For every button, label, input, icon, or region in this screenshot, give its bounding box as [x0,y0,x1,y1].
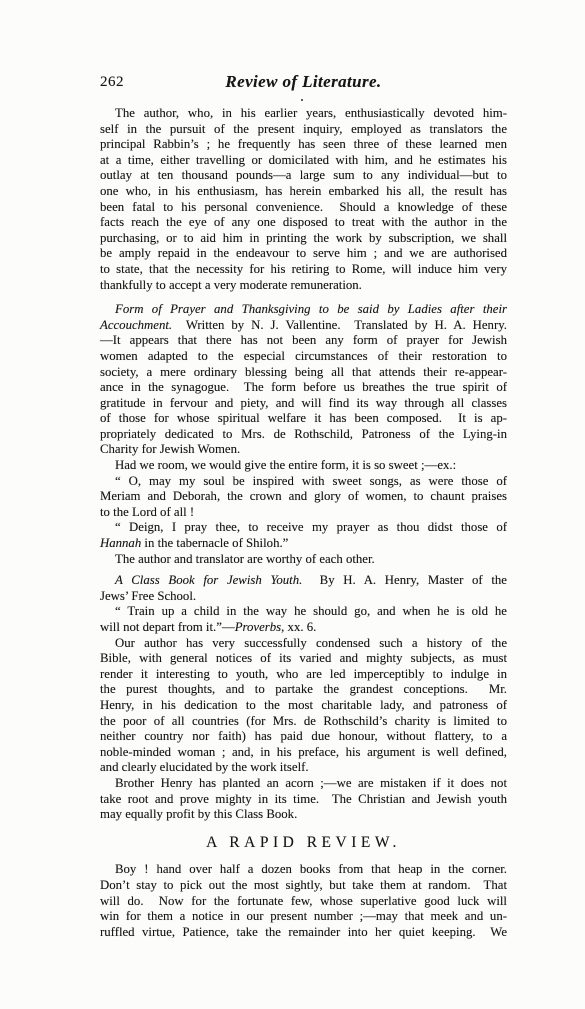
text-segment: “ Train up a child in the way he should … [115,604,507,618]
text-segment: been fatal to his personal convenience. … [100,200,507,214]
text-line: propriately dedicated to Mrs. de Rothsch… [100,427,507,443]
text-segment: ance in the synagogue. The form before u… [100,380,507,394]
text-segment: and clearly elucidated by the work itsel… [100,760,309,774]
text-line: “ O, may my soul be inspired with sweet … [100,474,507,490]
text-segment: facts reach the eye of any one disposed … [100,215,507,229]
text-line: Accouchment. Written by N. J. Vallentine… [100,318,507,334]
paragraph: Form of Prayer and Thanksgiving to be sa… [100,302,507,458]
text-segment: of those for whose spiritual welfare it … [100,411,507,425]
text-line: may equally profit by this Class Book. [100,807,507,823]
paragraph: “ O, may my soul be inspired with sweet … [100,474,507,521]
text-segment: principal Rabbin’s ; he frequently has s… [100,137,507,151]
text-segment: purchasing, or to aid him in printing th… [100,231,507,245]
text-line: A Class Book for Jewish Youth. By H. A. … [100,573,507,589]
text-line: Bible, with general notices of its varie… [100,651,507,667]
text-line: one who, in his enthusiasm, has herein e… [100,184,507,200]
text-line: ance in the synagogue. The form before u… [100,380,507,396]
text-line: Charity for Jewish Women. [100,442,507,458]
text-line: society, a mere ordinary blessing being … [100,365,507,381]
text-segment: neither country nor faith) has paid due … [100,729,507,743]
text-line: Had we room, we would give the entire fo… [100,458,507,474]
text-line: —It appears that there has not been any … [100,333,507,349]
text-segment: be amply repaid in the endeavour to serv… [100,246,507,260]
text-line: of those for whose spiritual welfare it … [100,411,507,427]
text-segment: propriately dedicated to Mrs. de Rothsch… [100,427,507,441]
text-segment: in the tabernacle of Shiloh.” [141,536,288,550]
text-line: noble-minded woman ; and, in his preface… [100,745,507,761]
text-segment: By H. A. Henry, Master of the [302,573,507,587]
text-line: outlay at ten thousand pounds—a large su… [100,168,507,184]
text-segment: win for them a notice in our present num… [100,909,507,923]
text-line: Our author has very successfully condens… [100,636,507,652]
text-segment: Meriam and Deborah, the crown and glory … [100,489,507,503]
text-segment: Bible, with general notices of its varie… [100,651,507,665]
text-segment: —It appears that there has not been any … [100,333,507,347]
paragraph: The author, who, in his earlier years, e… [100,106,507,293]
text-segment: to state, that the necessity for his ret… [100,262,507,276]
text-line: self in the pursuit of the present inqui… [100,122,507,138]
scan-speck [301,99,303,101]
text-line: been fatal to his personal convenience. … [100,200,507,216]
text-line: Henry, in his dedication to the most cha… [100,698,507,714]
text-line: ruffled virtue, Patience, take the remai… [100,925,507,941]
text-segment: may equally profit by this Class Book. [100,807,297,821]
content: The author, who, in his earlier years, e… [100,106,507,940]
text-line: purchasing, or to aid him in printing th… [100,231,507,247]
text-segment: Brother Henry has planted an acorn ;—we … [115,776,507,790]
text-line: to the Lord of all ! [100,505,507,521]
scanned-page: 262 Review of Literature. The author, wh… [0,0,585,1009]
text-segment: at a time, either travelling or domicila… [100,153,507,167]
text-line: Boy ! hand over half a dozen books from … [100,862,507,878]
italic-text-segment: Accouchment. [100,318,172,332]
text-line: and clearly elucidated by the work itsel… [100,760,507,776]
italic-text-segment: A Class Book for Jewish Youth. [115,573,302,587]
text-line: will not depart from it.”—Proverbs, xx. … [100,620,507,636]
paragraph: Brother Henry has planted an acorn ;—we … [100,776,507,823]
text-line: will do. Now for the fortunate few, whos… [100,894,507,910]
text-segment: Written by N. J. Vallentine. Translated … [172,318,507,332]
paragraph: Had we room, we would give the entire fo… [100,458,507,474]
text-segment: The author and translator are worthy of … [115,552,375,566]
text-line: Hannah in the tabernacle of Shiloh.” [100,536,507,552]
italic-text-segment: Hannah [100,536,141,550]
text-segment: the purest thoughts, and to partake the … [100,682,507,696]
text-line: “ Train up a child in the way he should … [100,604,507,620]
text-line: facts reach the eye of any one disposed … [100,215,507,231]
running-title: Review of Literature. [100,72,507,92]
text-segment: The author, who, in his earlier years, e… [115,106,507,120]
text-segment: , xx. 6. [281,620,316,634]
text-segment: the poor of all countries (for Mrs. de R… [100,714,507,728]
text-segment: take root and prove mighty in its time. … [100,792,507,806]
paragraph: Boy ! hand over half a dozen books from … [100,862,507,940]
text-segment: Jews’ Free School. [100,589,196,603]
text-line: at a time, either travelling or domicila… [100,153,507,169]
text-line: Don’t stay to pick out the most sightly,… [100,878,507,894]
text-line: gratitude in fervour and piety, and will… [100,396,507,412]
page-header: 262 Review of Literature. [100,72,507,96]
text-line: the purest thoughts, and to partake the … [100,682,507,698]
text-segment: gratitude in fervour and piety, and will… [100,396,507,410]
text-segment: society, a mere ordinary blessing being … [100,365,507,379]
text-line: thankfully to accept a very moderate rem… [100,278,507,294]
text-segment: “ Deign, I pray thee, to receive my pray… [115,520,507,534]
paragraph: “ Deign, I pray thee, to receive my pray… [100,520,507,551]
text-segment: self in the pursuit of the present inqui… [100,122,507,136]
text-segment: “ O, may my soul be inspired with sweet … [115,474,507,488]
text-line: take root and prove mighty in its time. … [100,792,507,808]
paragraph: Our author has very successfully condens… [100,636,507,776]
italic-text-segment: Proverbs [235,620,281,634]
text-line: be amply repaid in the endeavour to serv… [100,246,507,262]
text-segment: Had we room, we would give the entire fo… [115,458,456,472]
paragraph: The author and translator are worthy of … [100,552,507,568]
text-line: the poor of all countries (for Mrs. de R… [100,714,507,730]
text-segment: Our author has very successfully condens… [115,636,507,650]
text-line: The author and translator are worthy of … [100,552,507,568]
paragraph: “ Train up a child in the way he should … [100,604,507,635]
text-segment: one who, in his enthusiasm, has herein e… [100,184,507,198]
text-line: render it interesting to youth, who are … [100,667,507,683]
text-segment: Boy ! hand over half a dozen books from … [115,862,507,876]
text-segment: will do. Now for the fortunate few, whos… [100,894,507,908]
text-line: neither country nor faith) has paid due … [100,729,507,745]
text-line: principal Rabbin’s ; he frequently has s… [100,137,507,153]
text-segment: Charity for Jewish Women. [100,442,240,456]
text-segment: Henry, in his dedication to the most cha… [100,698,507,712]
text-segment: outlay at ten thousand pounds—a large su… [100,168,507,182]
text-line: Form of Prayer and Thanksgiving to be sa… [100,302,507,318]
paragraph: A Class Book for Jewish Youth. By H. A. … [100,573,507,604]
text-segment: women adapted to the especial circumstan… [100,349,507,363]
section-heading: A RAPID REVIEW. [100,835,507,851]
text-segment: will not depart from it.”— [100,620,235,634]
text-line: to state, that the necessity for his ret… [100,262,507,278]
text-segment: thankfully to accept a very moderate rem… [100,278,362,292]
text-line: “ Deign, I pray thee, to receive my pray… [100,520,507,536]
text-segment: Don’t stay to pick out the most sightly,… [100,878,507,892]
text-line: Meriam and Deborah, the crown and glory … [100,489,507,505]
italic-text-segment: Form of Prayer and Thanksgiving to be sa… [115,302,507,316]
text-line: win for them a notice in our present num… [100,909,507,925]
text-line: Jews’ Free School. [100,589,507,605]
text-line: The author, who, in his earlier years, e… [100,106,507,122]
text-segment: ruffled virtue, Patience, take the remai… [100,925,507,939]
text-segment: to the Lord of all ! [100,505,194,519]
text-segment: render it interesting to youth, who are … [100,667,507,681]
text-line: women adapted to the especial circumstan… [100,349,507,365]
text-segment: noble-minded woman ; and, in his preface… [100,745,507,759]
text-line: Brother Henry has planted an acorn ;—we … [100,776,507,792]
